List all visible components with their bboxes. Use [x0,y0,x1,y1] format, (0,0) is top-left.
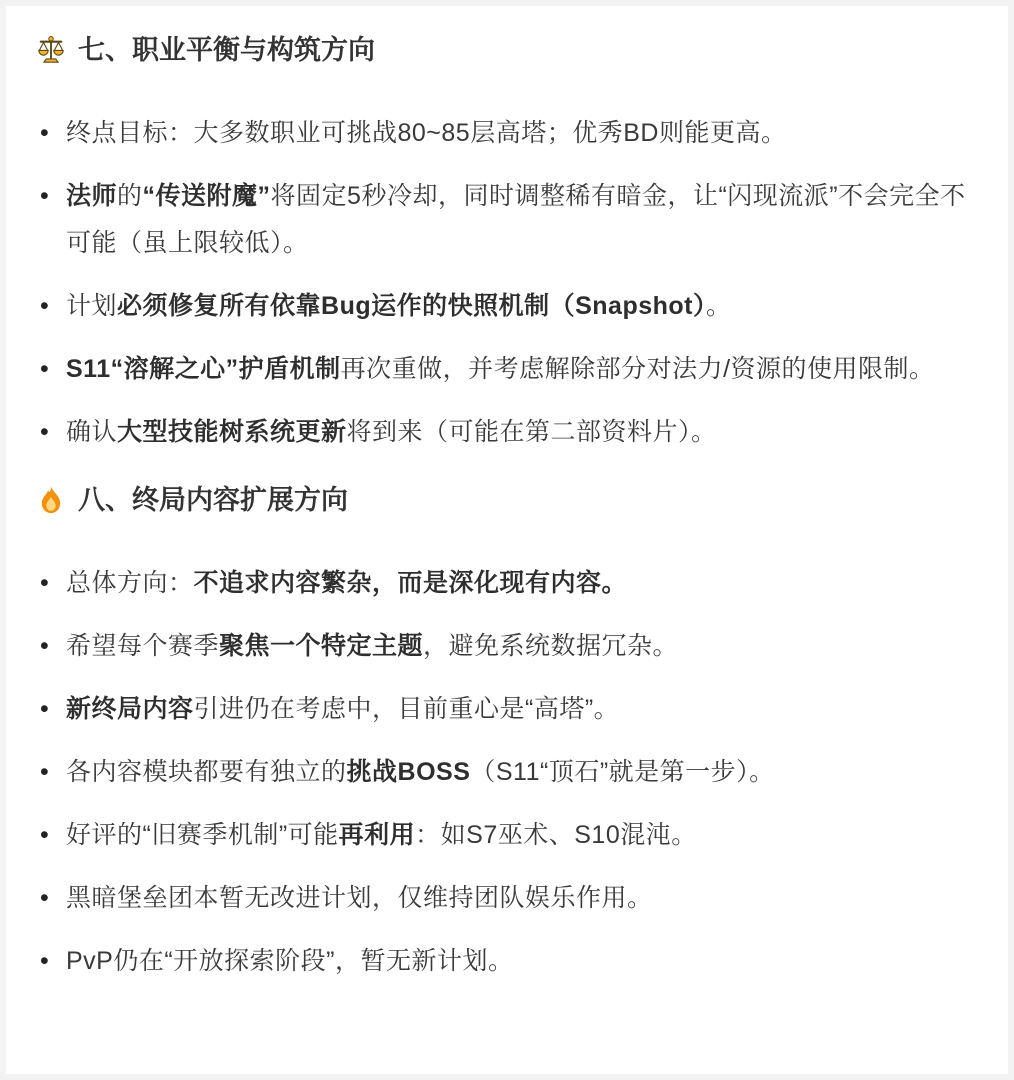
text-segment: 。 [706,292,732,320]
bullet-marker-icon: • [40,346,49,393]
section: 八、终局内容扩展方向 • 总体方向：不追求内容繁杂，而是深化现有内容。 • 希望… [36,480,980,985]
list-item: • 总体方向：不追求内容繁杂，而是深化现有内容。 [36,560,966,607]
bullet-text: 计划必须修复所有依靠Bug运作的快照机制（Snapshot）。 [66,292,732,320]
list-item: • PvP仍在“开放探索阶段”，暂无新计划。 [36,938,966,985]
text-segment-bold: 挑战BOSS [347,758,471,786]
list-item: • 法师的“传送附魔”将固定5秒冷却，同时调整稀有暗金，让“闪现流派”不会完全不… [36,173,966,267]
bullet-text: 好评的“旧赛季机制”可能再利用：如S7巫术、S10混沌。 [66,821,697,849]
list-item: • 终点目标：大多数职业可挑战80~85层高塔；优秀BD则能更高。 [36,110,966,157]
text-segment: PvP仍在“开放探索阶段”，暂无新计划。 [66,947,514,975]
bullet-marker-icon: • [40,173,49,220]
bullet-list: • 终点目标：大多数职业可挑战80~85层高塔；优秀BD则能更高。 • 法师的“… [36,110,980,456]
section-title: 八、终局内容扩展方向 [78,480,348,520]
bullet-marker-icon: • [40,283,49,330]
section-icon [36,35,66,65]
bullet-text: 总体方向：不追求内容繁杂，而是深化现有内容。 [66,569,627,597]
bullet-text: 确认大型技能树系统更新将到来（可能在第二部资料片）。 [66,418,717,446]
text-segment: 再次重做，并考虑解除部分对法力/资源的使用限制。 [341,355,935,383]
text-segment-bold: 必须修复所有依靠Bug运作的快照机制（Snapshot） [117,292,706,320]
bullet-text: S11“溶解之心”护盾机制再次重做，并考虑解除部分对法力/资源的使用限制。 [66,355,935,383]
text-segment: 终点目标：大多数职业可挑战80~85层高塔；优秀BD则能更高。 [66,119,786,147]
text-segment-bold: 再利用 [339,821,416,849]
list-item: • 好评的“旧赛季机制”可能再利用：如S7巫术、S10混沌。 [36,812,966,859]
text-segment-bold: 聚焦一个特定主题 [219,632,423,660]
bullet-marker-icon: • [40,938,49,985]
text-segment-bold: 新终局内容 [66,695,194,723]
fire-icon [36,485,66,515]
section: 七、职业平衡与构筑方向 • 终点目标：大多数职业可挑战80~85层高塔；优秀BD… [36,30,980,456]
bullet-marker-icon: • [40,812,49,859]
text-segment: 确认 [66,418,117,446]
bullet-text: 新终局内容引进仍在考虑中，目前重心是“高塔”。 [66,695,619,723]
text-segment-bold: 法师 [66,182,117,210]
text-segment: ：如S7巫术、S10混沌。 [415,821,697,849]
bullet-marker-icon: • [40,560,49,607]
bullet-text: PvP仍在“开放探索阶段”，暂无新计划。 [66,947,514,975]
document: 七、职业平衡与构筑方向 • 终点目标：大多数职业可挑战80~85层高塔；优秀BD… [6,6,1008,1074]
bullet-marker-icon: • [40,749,49,796]
bullet-marker-icon: • [40,409,49,456]
bullet-marker-icon: • [40,623,49,670]
text-segment: 好评的“旧赛季机制”可能 [66,821,339,849]
section-icon [36,485,66,515]
bullet-marker-icon: • [40,686,49,733]
bullet-text: 法师的“传送附魔”将固定5秒冷却，同时调整稀有暗金，让“闪现流派”不会完全不可能… [66,182,966,257]
list-item: • 希望每个赛季聚焦一个特定主题，避免系统数据冗杂。 [36,623,966,670]
bullet-text: 黑暗堡垒团本暂无改进计划，仅维持团队娱乐作用。 [66,884,653,912]
bullet-text: 各内容模块都要有独立的挑战BOSS（S11“顶石”就是第一步）。 [66,758,775,786]
text-segment: 黑暗堡垒团本暂无改进计划，仅维持团队娱乐作用。 [66,884,653,912]
list-item: • 各内容模块都要有独立的挑战BOSS（S11“顶石”就是第一步）。 [36,749,966,796]
bullet-marker-icon: • [40,110,49,157]
text-segment: 将到来（可能在第二部资料片）。 [347,418,717,446]
bullet-text: 终点目标：大多数职业可挑战80~85层高塔；优秀BD则能更高。 [66,119,786,147]
text-segment: 希望每个赛季 [66,632,219,660]
text-segment: 引进仍在考虑中，目前重心是“高塔”。 [194,695,620,723]
text-segment: （S11“顶石”就是第一步）。 [470,758,774,786]
list-item: • 新终局内容引进仍在考虑中，目前重心是“高塔”。 [36,686,966,733]
text-segment-bold: 大型技能树系统更新 [117,418,347,446]
text-segment: 各内容模块都要有独立的 [66,758,347,786]
list-item: • 计划必须修复所有依靠Bug运作的快照机制（Snapshot）。 [36,283,966,330]
section-heading: 八、终局内容扩展方向 [36,480,980,520]
balance-scale-icon [36,35,66,65]
list-item: • 黑暗堡垒团本暂无改进计划，仅维持团队娱乐作用。 [36,875,966,922]
section-title: 七、职业平衡与构筑方向 [78,30,375,70]
text-segment: ，避免系统数据冗杂。 [423,632,678,660]
text-segment-bold: “传送附魔” [143,182,271,210]
section-heading: 七、职业平衡与构筑方向 [36,30,980,70]
text-segment-bold: 不追求内容繁杂，而是深化现有内容。 [194,569,628,597]
list-item: • 确认大型技能树系统更新将到来（可能在第二部资料片）。 [36,409,966,456]
text-segment: 计划 [66,292,117,320]
bullet-list: • 总体方向：不追求内容繁杂，而是深化现有内容。 • 希望每个赛季聚焦一个特定主… [36,560,980,985]
list-item: • S11“溶解之心”护盾机制再次重做，并考虑解除部分对法力/资源的使用限制。 [36,346,966,393]
bullet-text: 希望每个赛季聚焦一个特定主题，避免系统数据冗杂。 [66,632,678,660]
bullet-marker-icon: • [40,875,49,922]
text-segment-bold: S11“溶解之心”护盾机制 [66,355,341,383]
text-segment: 总体方向： [66,569,194,597]
text-segment: 的 [117,182,143,210]
